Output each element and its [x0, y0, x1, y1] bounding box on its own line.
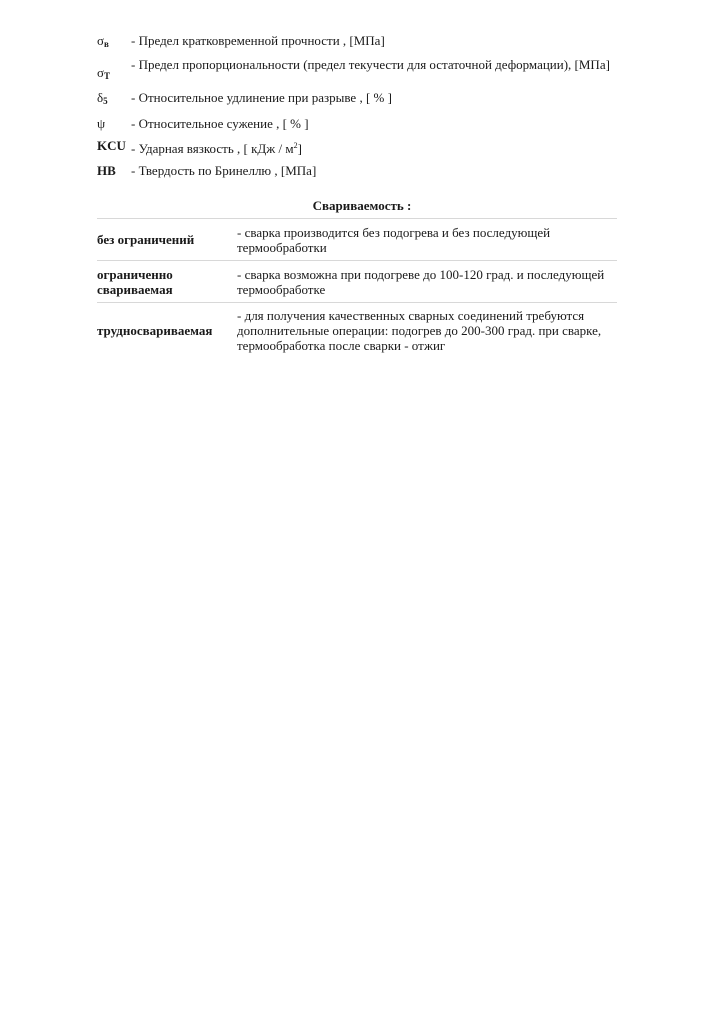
legend-symbol: ψ [97, 116, 131, 131]
table-row: без ограничений - сварка производится бе… [97, 219, 617, 261]
weldability-value: - для получения качественных сварных сое… [237, 303, 617, 359]
weldability-value: - сварка производится без подогрева и бе… [237, 219, 617, 261]
legend-description: - Относительное сужение , [ % ] [131, 116, 627, 131]
weldability-key: трудносвариваемая [97, 303, 237, 359]
symbol-legend: σв - Предел кратковременной прочности , … [97, 33, 627, 178]
legend-row-kcu: KCU - Ударная вязкость , [ кДж / м2] [97, 138, 627, 156]
legend-symbol: δ5 [97, 90, 131, 109]
legend-row-sigma-b: σв - Предел кратковременной прочности , … [97, 33, 627, 52]
legend-description: - Твердость по Бринеллю , [МПа] [131, 163, 627, 178]
weldability-table: без ограничений - сварка производится бе… [97, 218, 617, 359]
legend-symbol: KCU [97, 138, 131, 153]
legend-description: - Ударная вязкость , [ кДж / м2] [131, 138, 627, 156]
weldability-value: - сварка возможна при подогреве до 100-1… [237, 261, 617, 303]
legend-symbol: σв [97, 33, 131, 52]
weldability-title: Свариваемость : [0, 198, 724, 214]
legend-row-hb: HB - Твердость по Бринеллю , [МПа] [97, 163, 627, 178]
legend-description: - Предел кратковременной прочности , [МП… [131, 33, 627, 48]
legend-row-sigma-t: σT - Предел пропорциональности (предел т… [97, 57, 627, 84]
table-row: трудносвариваемая - для получения качест… [97, 303, 617, 359]
table-row: ограниченно свариваемая - сварка возможн… [97, 261, 617, 303]
legend-description: - Предел пропорциональности (предел теку… [131, 57, 627, 72]
legend-symbol: σT [97, 57, 131, 84]
weldability-key: без ограничений [97, 219, 237, 261]
legend-description: - Относительное удлинение при разрыве , … [131, 90, 627, 105]
legend-symbol: HB [97, 163, 131, 178]
weldability-key: ограниченно свариваемая [97, 261, 237, 303]
legend-row-delta5: δ5 - Относительное удлинение при разрыве… [97, 90, 627, 109]
legend-row-psi: ψ - Относительное сужение , [ % ] [97, 116, 627, 131]
